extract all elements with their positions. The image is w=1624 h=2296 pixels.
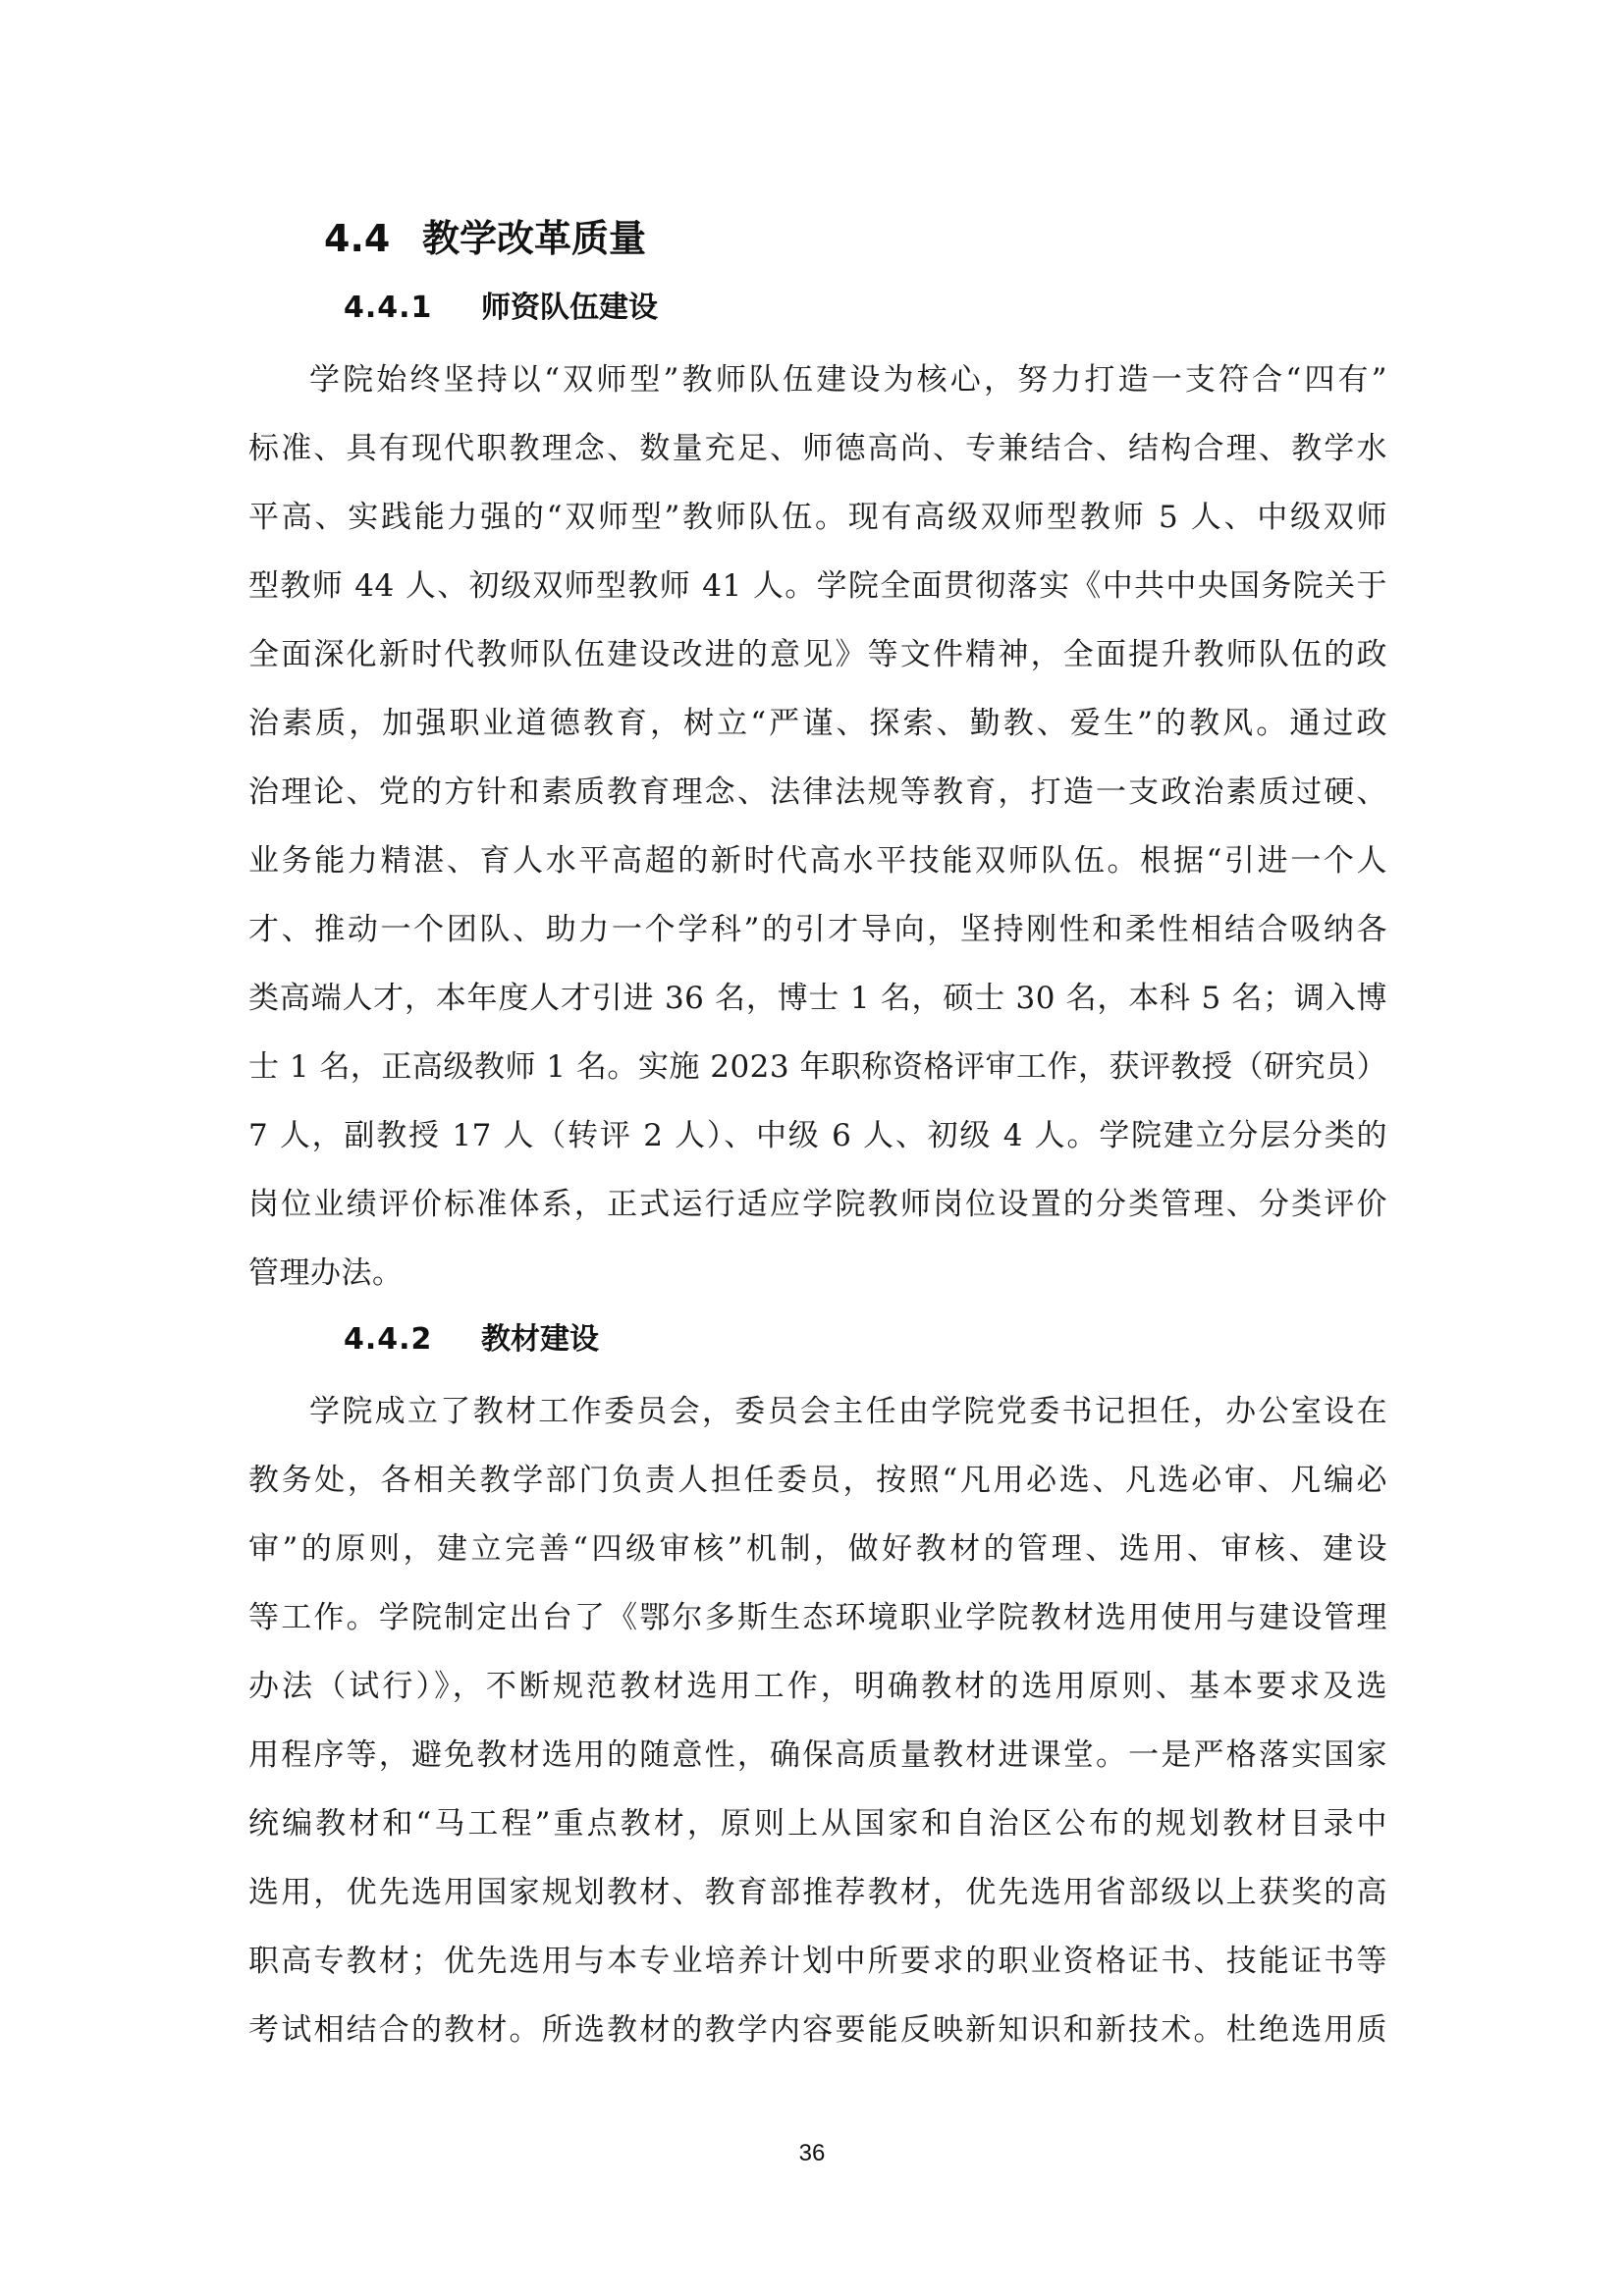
paragraph-line: 等工作。学院制定出台了《鄂尔多斯生态环境职业学院教材选用使用与建设管理 <box>248 1583 1387 1652</box>
page-number: 36 <box>0 2140 1624 2167</box>
paragraph-line: 教务处，各相关教学部门负责人担任委员，按照“凡用必选、凡选必审、凡编必 <box>248 1446 1387 1515</box>
subsection-heading-4-4-1: 4.4.1师资队伍建设 <box>344 287 658 330</box>
paragraph-line: 才、推动一个团队、助力一个学科”的引才导向，坚持刚性和柔性相结合吸纳各 <box>248 895 1387 964</box>
paragraph-line: 标准、具有现代职教理念、数量充足、师德高尚、专兼结合、结构合理、教学水 <box>248 414 1387 483</box>
paragraph-line: 学院成立了教材工作委员会，委员会主任由学院党委书记担任，办公室设在 <box>248 1377 1387 1446</box>
section-title: 教学改革质量 <box>422 217 646 260</box>
paragraph-line: 岗位业绩评价标准体系，正式运行适应学院教师岗位设置的分类管理、分类评价 <box>248 1170 1387 1239</box>
paragraph-line: 考试相结合的教材。所选教材的教学内容要能反映新知识和新技术。杜绝选用质 <box>248 1996 1387 2064</box>
section-heading: 4.4教学改革质量 <box>324 211 646 266</box>
subsection-number: 4.4.1 <box>344 287 481 330</box>
document-page: 4.4教学改革质量 4.4.1师资队伍建设 学院始终坚持以“双师型”教师队伍建设… <box>0 0 1624 2296</box>
paragraph-line: 选用，优先选用国家规划教材、教育部推荐教材，优先选用省部级以上获奖的高 <box>248 1858 1387 1927</box>
subsection-heading-4-4-2: 4.4.2教材建设 <box>344 1318 599 1362</box>
paragraph-line: 类高端人才，本年度人才引进 36 名，博士 1 名，硕士 30 名，本科 5 名… <box>248 964 1387 1033</box>
paragraph-line: 统编教材和“马工程”重点教材，原则上从国家和自治区公布的规划教材目录中 <box>248 1789 1387 1858</box>
paragraph-line: 管理办法。 <box>248 1239 1387 1308</box>
paragraph-line: 7 人，副教授 17 人（转评 2 人）、中级 6 人、初级 4 人。学院建立分… <box>248 1101 1387 1170</box>
subsection-title: 师资队伍建设 <box>481 291 658 325</box>
paragraph-line: 学院始终坚持以“双师型”教师队伍建设为核心，努力打造一支符合“四有” <box>248 346 1387 414</box>
paragraph-line: 职高专教材；优先选用与本专业培养计划中所要求的职业资格证书、技能证书等 <box>248 1927 1387 1996</box>
section-number: 4.4 <box>324 211 422 266</box>
paragraph-line: 办法（试行）》，不断规范教材选用工作，明确教材的选用原则、基本要求及选 <box>248 1652 1387 1721</box>
paragraph-line: 治素质，加强职业道德教育，树立“严谨、探索、勤教、爱生”的教风。通过政 <box>248 689 1387 758</box>
paragraph-faculty-construction: 学院始终坚持以“双师型”教师队伍建设为核心，努力打造一支符合“四有” 标准、具有… <box>248 346 1387 1308</box>
paragraph-line: 全面深化新时代教师队伍建设改进的意见》等文件精神，全面提升教师队伍的政 <box>248 620 1387 689</box>
paragraph-line: 业务能力精湛、育人水平高超的新时代高水平技能双师队伍。根据“引进一个人 <box>248 827 1387 895</box>
paragraph-line: 平高、实践能力强的“双师型”教师队伍。现有高级双师型教师 5 人、中级双师 <box>248 483 1387 552</box>
paragraph-line: 士 1 名，正高级教师 1 名。实施 2023 年职称资格评审工作，获评教授（研… <box>248 1033 1387 1101</box>
paragraph-line: 型教师 44 人、初级双师型教师 41 人。学院全面贯彻落实《中共中央国务院关于 <box>248 552 1387 620</box>
subsection-number: 4.4.2 <box>344 1318 481 1362</box>
paragraph-line: 用程序等，避免教材选用的随意性，确保高质量教材进课堂。一是严格落实国家 <box>248 1721 1387 1789</box>
subsection-title: 教材建设 <box>481 1322 599 1357</box>
paragraph-textbook-construction: 学院成立了教材工作委员会，委员会主任由学院党委书记担任，办公室设在 教务处，各相… <box>248 1377 1387 2064</box>
paragraph-line: 审”的原则，建立完善“四级审核”机制，做好教材的管理、选用、审核、建设 <box>248 1515 1387 1583</box>
paragraph-line: 治理论、党的方针和素质教育理念、法律法规等教育，打造一支政治素质过硬、 <box>248 758 1387 827</box>
